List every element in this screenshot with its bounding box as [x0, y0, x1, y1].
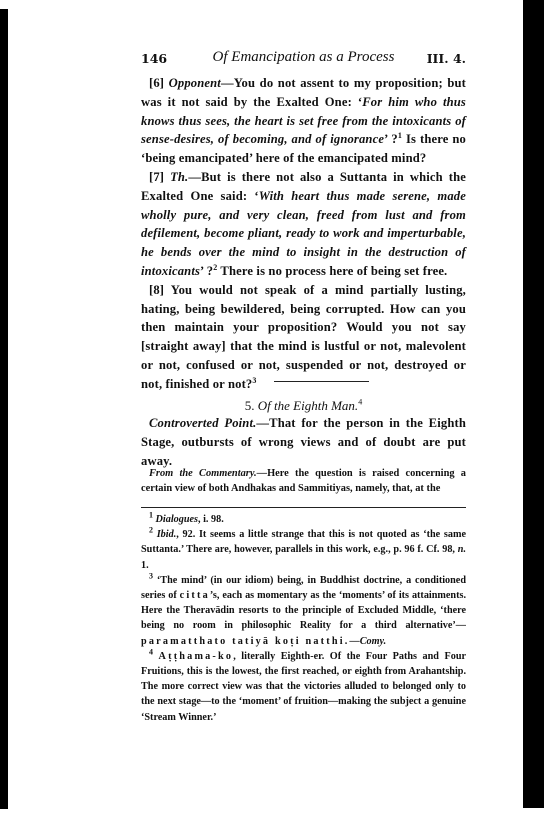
pali-term: paramatthato tatiyā koṭi natthi. — [141, 636, 350, 647]
paragraph-7: [7] Th.—But is there not also a Suttanta… — [141, 168, 466, 281]
running-head: 146 Of Emancipation as a Process III. 4. — [141, 51, 466, 67]
footnote-text: 1. — [141, 560, 149, 571]
footnote-mark: 1 — [149, 511, 153, 520]
running-title: Of Emancipation as a Process — [141, 49, 466, 66]
footnote-text: , i. 98. — [198, 514, 224, 525]
paragraph-6: [6] Opponent—You do not assent to my pro… — [141, 74, 466, 168]
footnote-divider — [141, 507, 466, 508]
footnotes: 1 Dialogues, i. 98. 2 Ibid., 92. It seem… — [141, 512, 466, 725]
footnote-mark: 3 — [149, 571, 153, 580]
paragraph-number: [8] — [149, 283, 164, 297]
footnote-italic: n. — [458, 544, 466, 555]
footnote-2: 2 Ibid., 92. It seems a little strange t… — [141, 527, 466, 573]
section-title-text: Of the Eighth Man. — [258, 398, 358, 413]
section-divider — [274, 381, 369, 382]
paragraph-text: ’ ? — [384, 132, 398, 146]
footnote-text: , 92. It seems a little strange that thi… — [141, 529, 466, 555]
footnote-ref: 3 — [252, 376, 256, 385]
footnote-3: 3 ‘The mind’ (in our idiom) being, in Bu… — [141, 573, 466, 649]
footnote-italic: —Comy. — [350, 636, 387, 647]
pali-term: citta — [180, 590, 210, 601]
main-text: [6] Opponent—You do not assent to my pro… — [141, 74, 466, 394]
section-reference: III. 4. — [427, 51, 466, 66]
footnote-4: 4 Aṭṭhama-ko, literally Eighth-er. Of th… — [141, 649, 466, 725]
section-heading: 5. Of the Eighth Man.4 — [141, 398, 466, 414]
paragraph-8: [8] You would not speak of a mind partia… — [141, 281, 466, 394]
speaker-label: Th. — [170, 170, 188, 184]
footnote-ref: 4 — [358, 398, 362, 407]
paragraph-number: [7] — [149, 170, 164, 184]
section-number: 5. — [245, 398, 255, 413]
commentary: From the Commentary.—Here the question i… — [141, 466, 466, 497]
controverted-point: Controverted Point.—That for the person … — [141, 414, 466, 470]
commentary-label: From the Commentary. — [149, 468, 257, 479]
controverted-label: Controverted Point. — [149, 416, 256, 430]
controverted-paragraph: Controverted Point.—That for the person … — [141, 414, 466, 470]
paragraph-text: ’ ? — [200, 264, 213, 278]
footnote-mark: 4 — [149, 647, 153, 656]
paragraph-text: You would not speak of a mind partially … — [141, 283, 466, 391]
paragraph-text: There is no process here of being set fr… — [217, 264, 447, 278]
commentary-paragraph: From the Commentary.—Here the question i… — [141, 466, 466, 497]
scan-border-right — [523, 0, 544, 808]
scan-border-left — [0, 9, 8, 809]
footnote-italic: Dialogues — [156, 514, 198, 525]
footnote-mark: 2 — [149, 526, 153, 535]
paragraph-number: [6] — [149, 76, 164, 90]
footnote-1: 1 Dialogues, i. 98. — [141, 512, 466, 527]
speaker-label: Opponent — [169, 76, 221, 90]
footnote-italic: Ibid. — [157, 529, 177, 540]
pali-term: Aṭṭhama-ko — [159, 651, 234, 662]
